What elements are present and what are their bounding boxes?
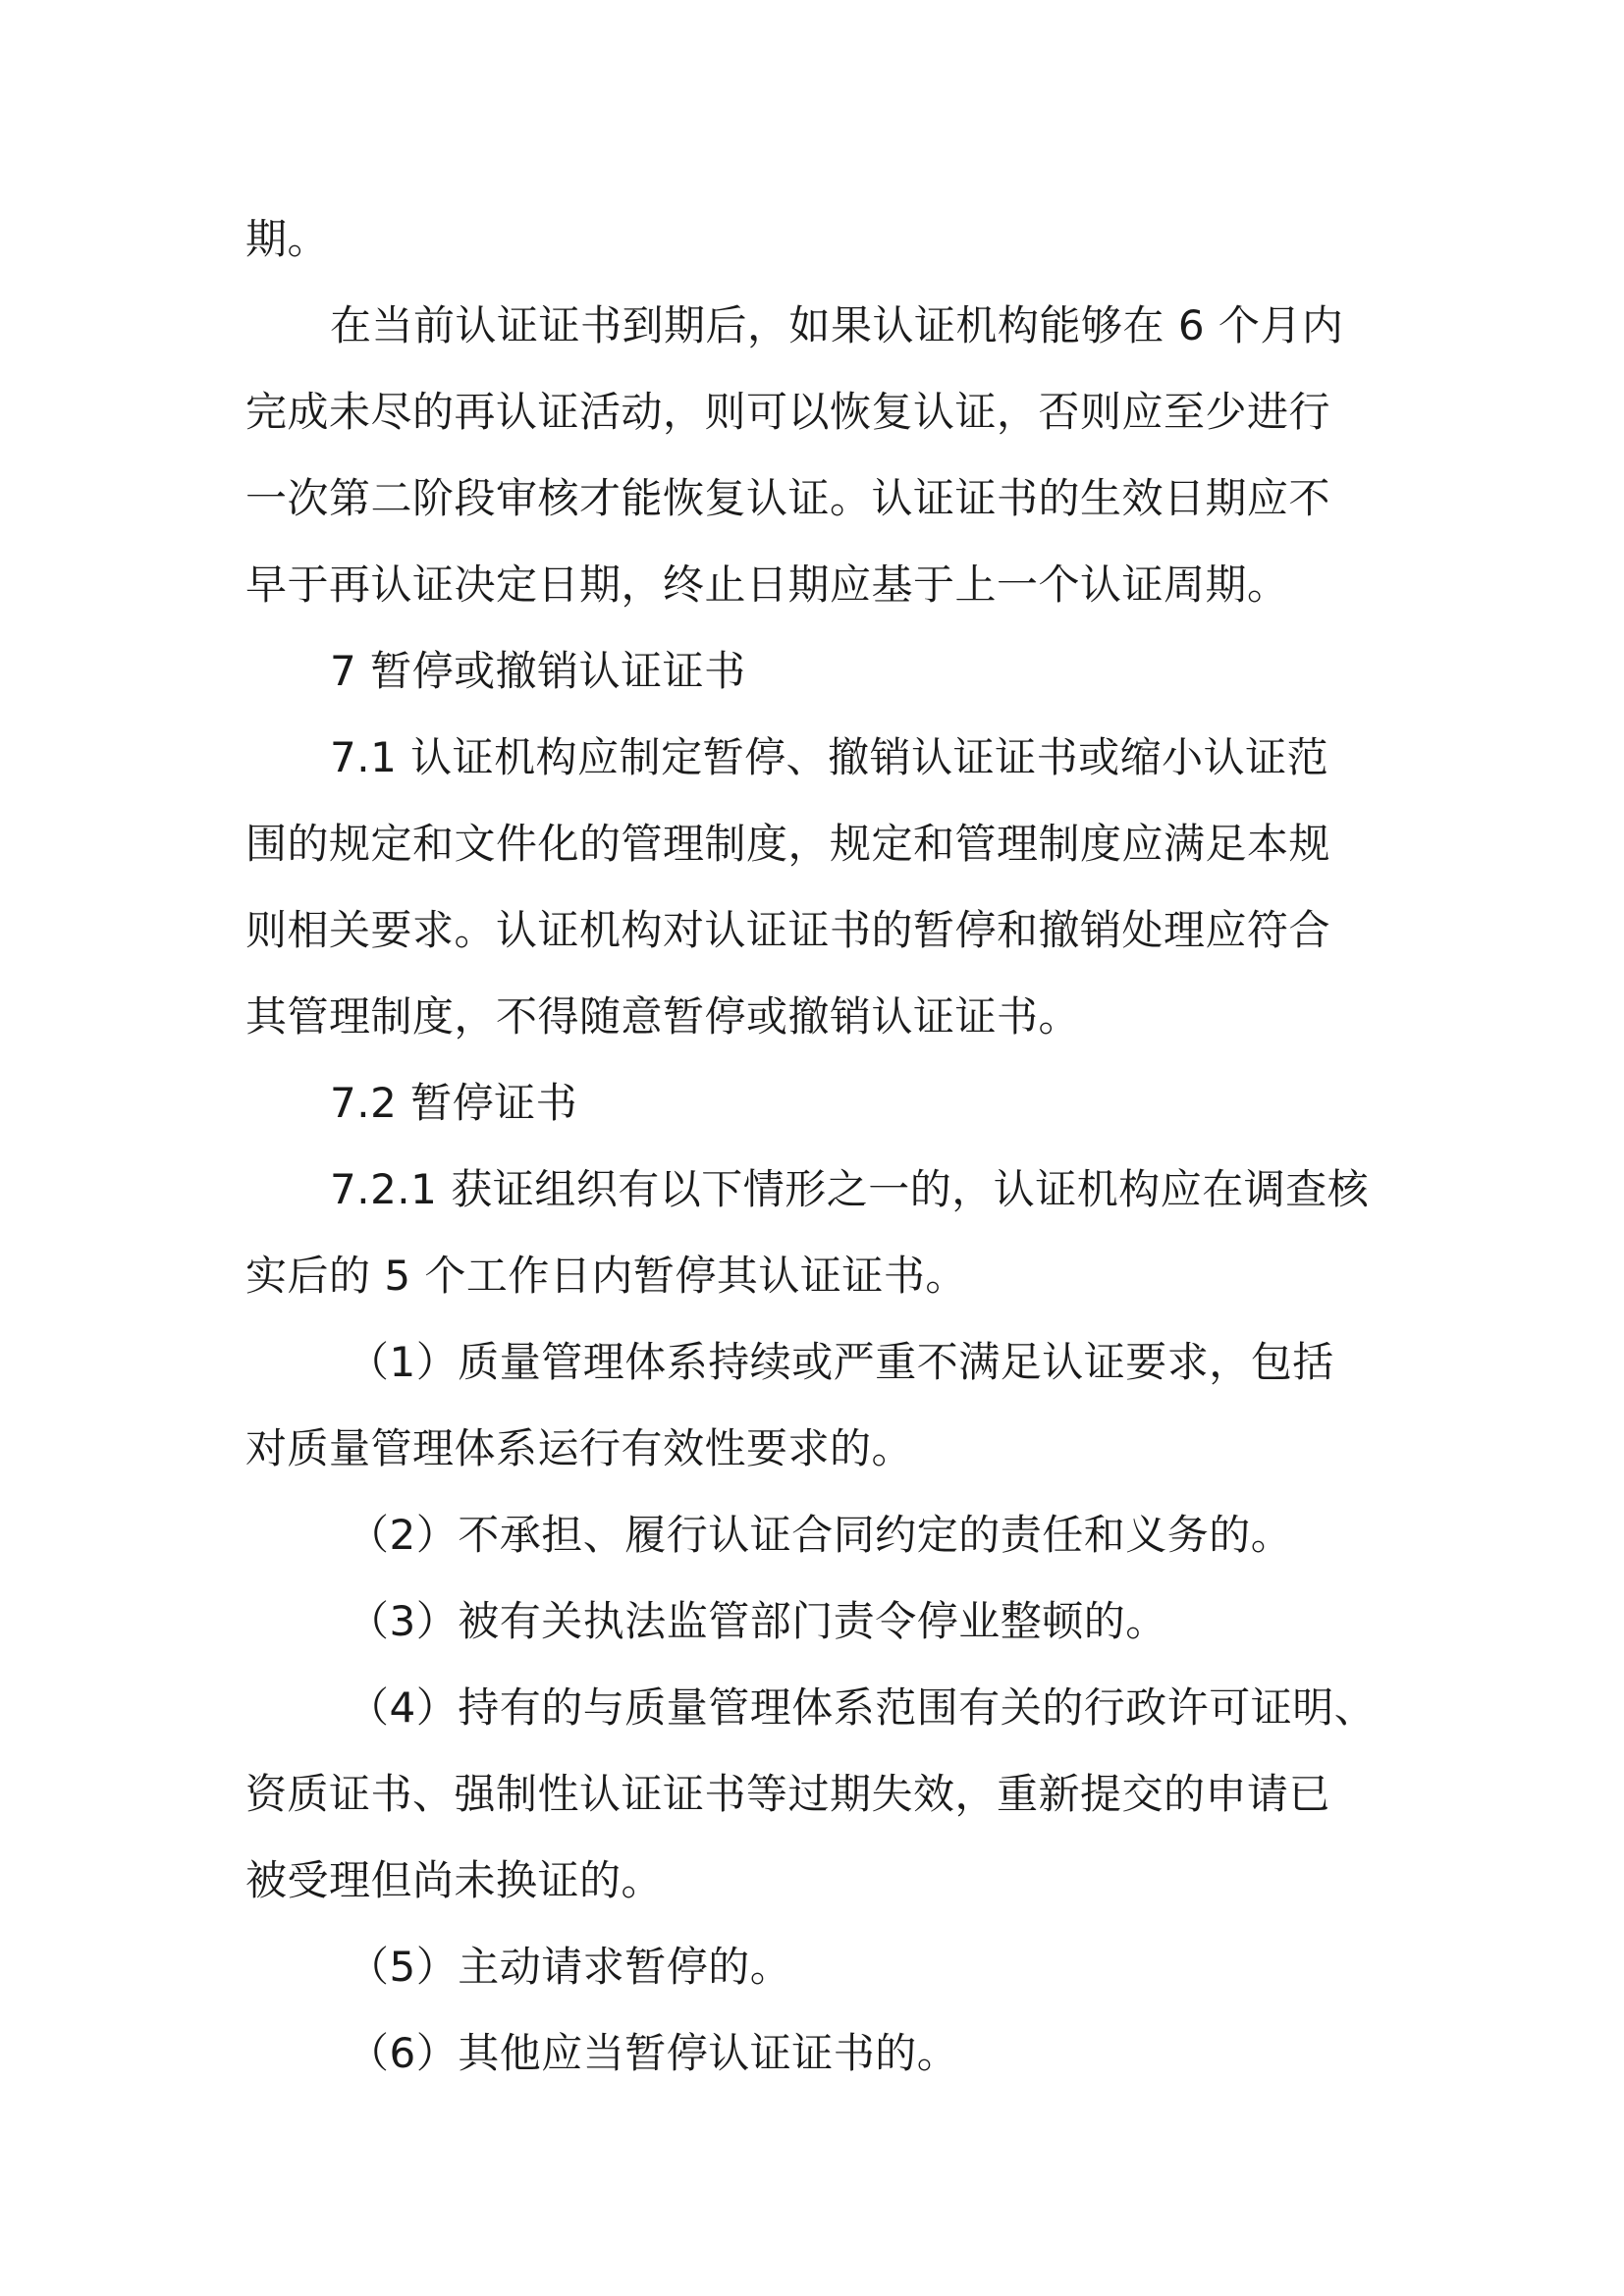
text-line: 资质证书、强制性认证证书等过期失效，重新提交的申请已 (245, 1751, 1390, 1838)
list-item-5: （5）主动请求暂停的。 (245, 1924, 1390, 2010)
list-item-1: （1）质量管理体系持续或严重不满足认证要求，包括 (245, 1319, 1390, 1406)
list-item-4: （4）持有的与质量管理体系范围有关的行政许可证明、 (245, 1665, 1390, 1751)
list-item-6: （6）其他应当暂停认证证书的。 (245, 2010, 1390, 2097)
list-item-3: （3）被有关执法监管部门责令停业整顿的。 (245, 1578, 1390, 1665)
clause-7-2-1: 7.2.1 获证组织有以下情形之一的，认证机构应在调查核 (245, 1147, 1390, 1233)
text-line: 则相关要求。认证机构对认证证书的暂停和撤销处理应符合 (245, 887, 1390, 974)
text-line: 其管理制度，不得随意暂停或撤销认证证书。 (245, 974, 1390, 1060)
text-line: 早于再认证决定日期，终止日期应基于上一个认证周期。 (245, 542, 1390, 628)
text-line: 被受理但尚未换证的。 (245, 1838, 1390, 1924)
text-line: 围的规定和文件化的管理制度，规定和管理制度应满足本规 (245, 801, 1390, 887)
text-line: 完成未尽的再认证活动，则可以恢复认证，否则应至少进行 (245, 369, 1390, 455)
clause-7-1: 7.1 认证机构应制定暂停、撤销认证证书或缩小认证范 (245, 715, 1390, 801)
list-item-2: （2）不承担、履行认证合同约定的责任和义务的。 (245, 1492, 1390, 1578)
text-line-continuation: 期。 (245, 196, 1390, 283)
paragraph-recertification: 在当前认证证书到期后，如果认证机构能够在 6 个月内 (245, 283, 1390, 369)
text-line: 一次第二阶段审核才能恢复认证。认证证书的生效日期应不 (245, 455, 1390, 542)
section-heading-7: 7 暂停或撤销认证证书 (245, 628, 1390, 715)
text-line: 对质量管理体系运行有效性要求的。 (245, 1406, 1390, 1492)
document-page: 期。 在当前认证证书到期后，如果认证机构能够在 6 个月内 完成未尽的再认证活动… (245, 196, 1390, 2097)
section-heading-7-2: 7.2 暂停证书 (245, 1060, 1390, 1147)
text-line: 实后的 5 个工作日内暂停其认证证书。 (245, 1233, 1390, 1319)
